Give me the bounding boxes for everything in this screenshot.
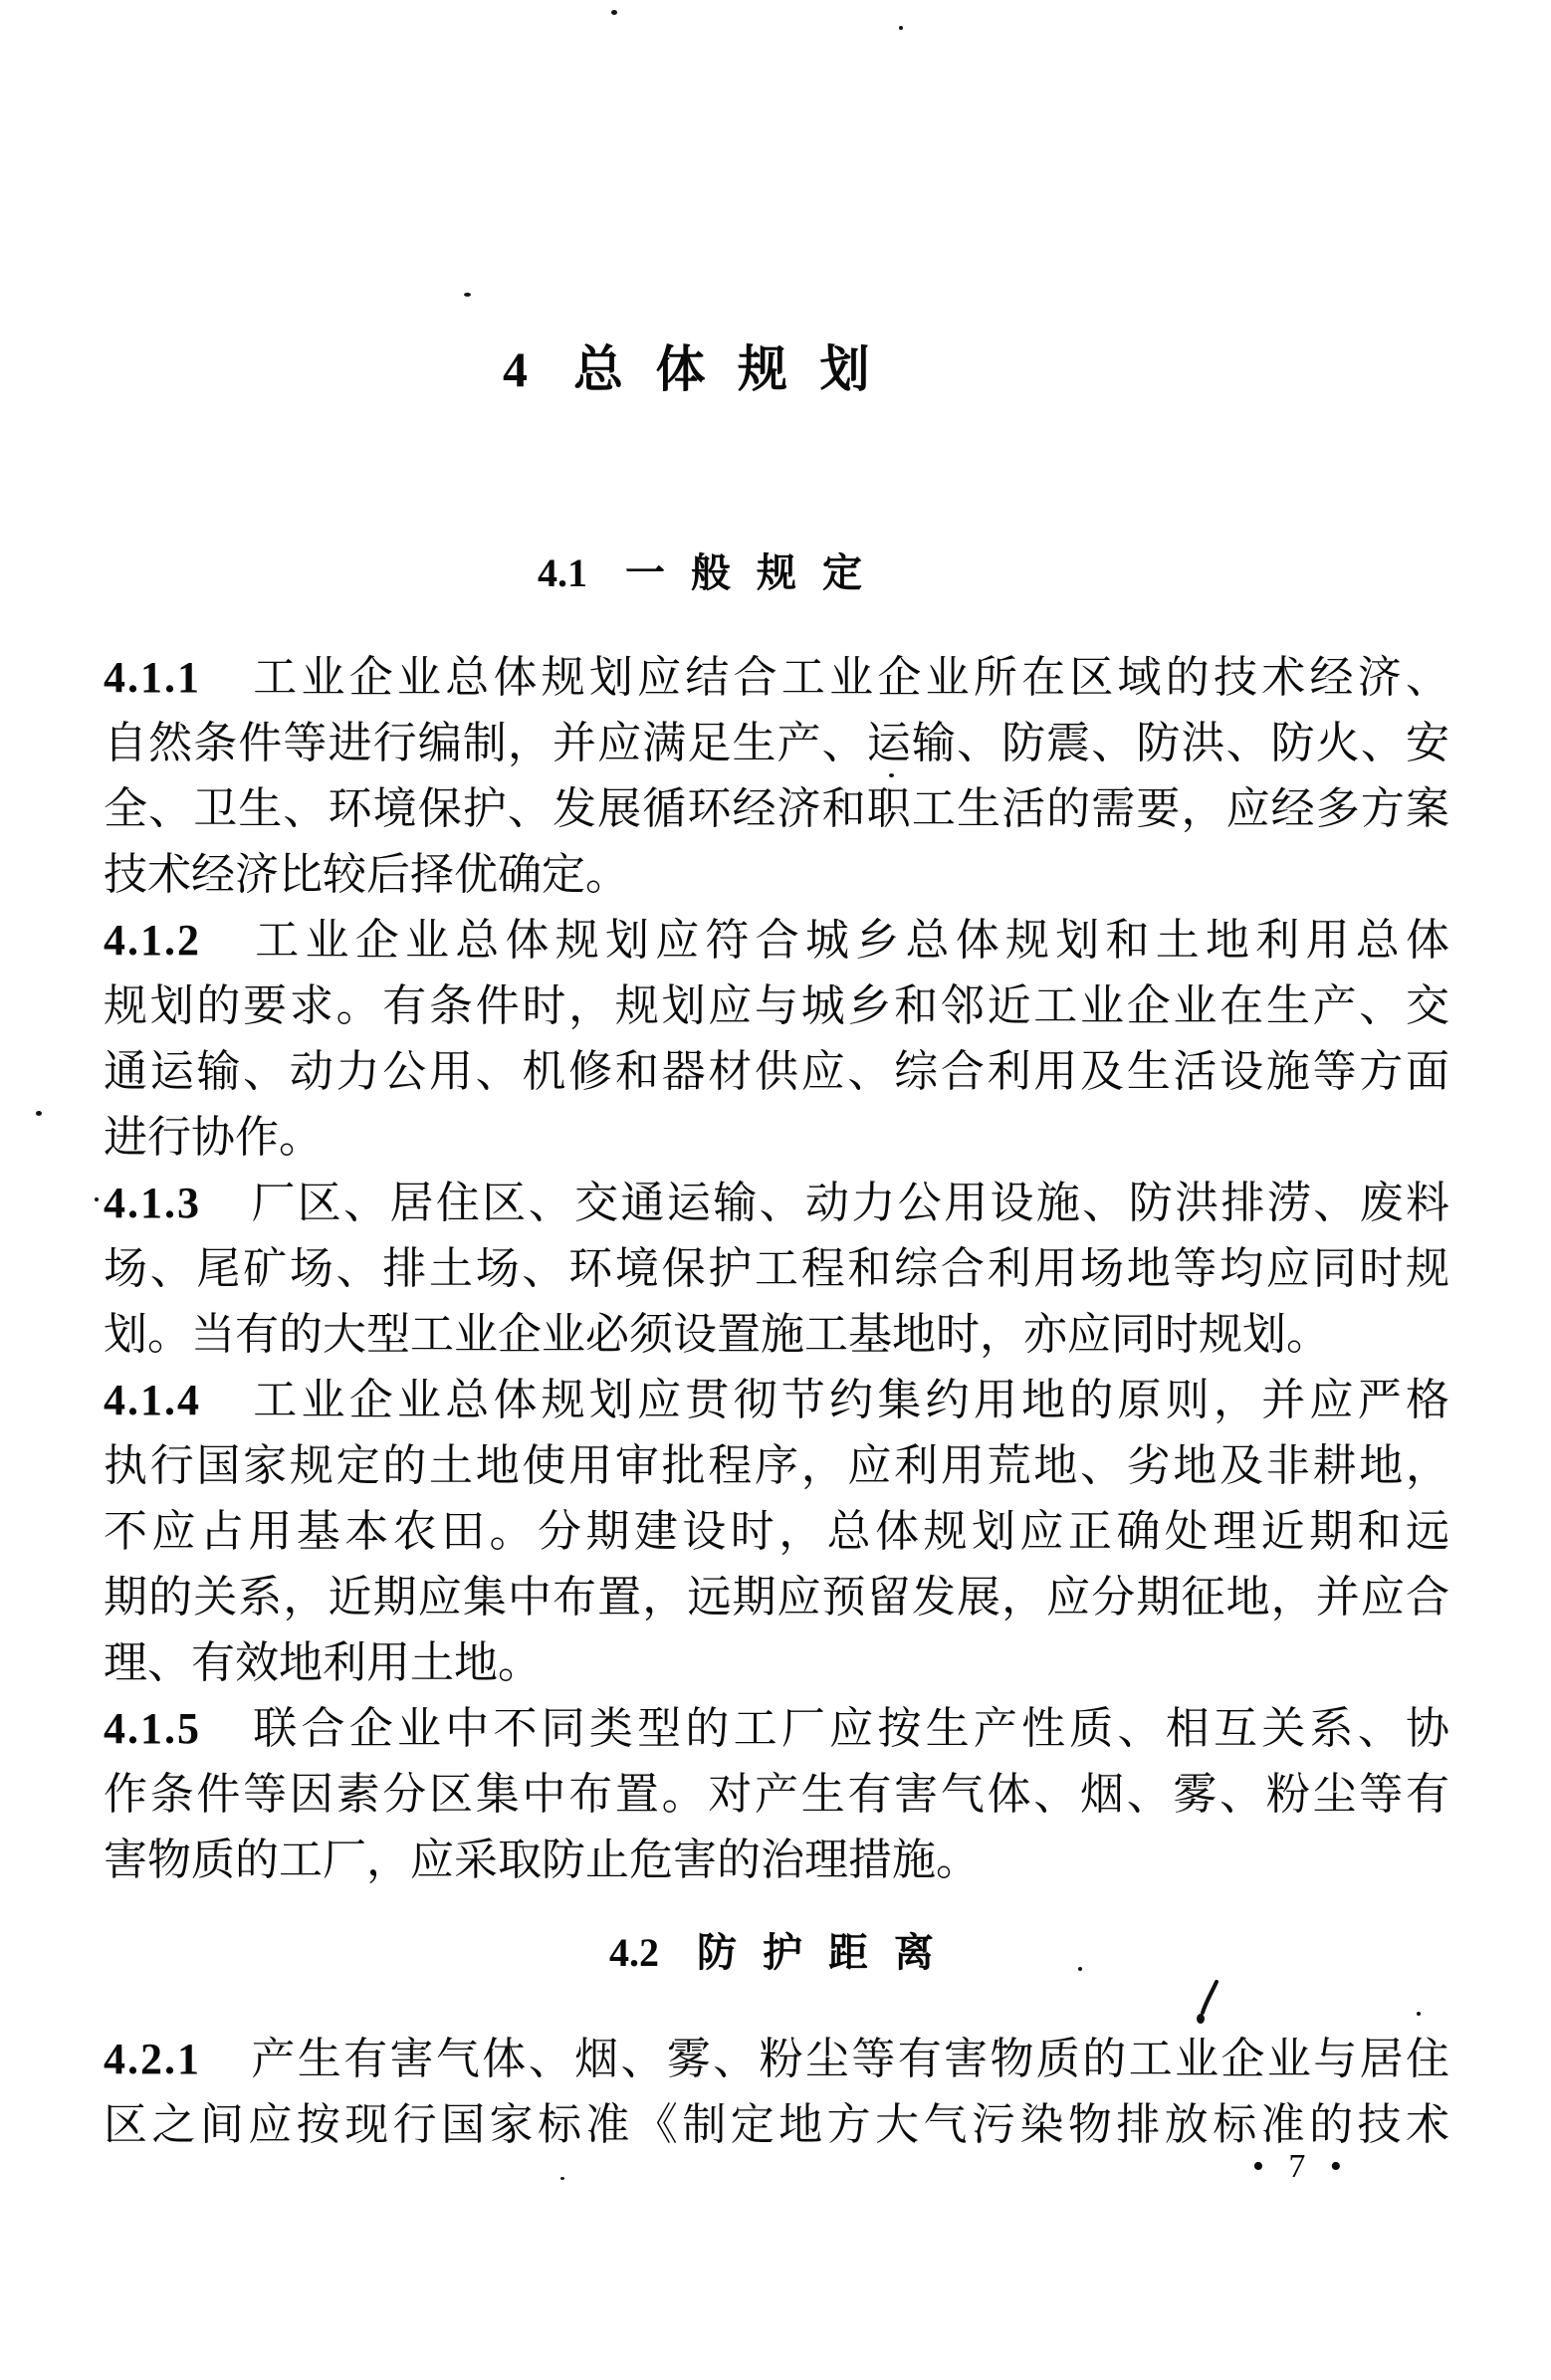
ink-speck <box>889 773 894 777</box>
clause-line: 通运输、动力公用、机修和器材供应、综合利用及生活设施等方面 <box>104 1039 1449 1105</box>
ink-speck <box>464 293 471 297</box>
clause-number: 4.2.1 <box>104 2035 201 2083</box>
clause-line: 全、卫生、环境保护、发展循环经济和职工生活的需要，应经多方案 <box>104 776 1449 842</box>
section-number: 4.2 <box>609 1930 659 1975</box>
clause-line: 不应占用基本农田。分期建设时，总体规划应正确处理近期和远 <box>104 1499 1449 1565</box>
section-4-1-body: 4.1.1工业企业总体规划应结合工业企业所在区域的技术经济、 自然条件等进行编制… <box>104 645 1449 1893</box>
clause-line: 4.1.5联合企业中不同类型的工厂应按生产性质、相互关系、协 <box>104 1696 1449 1762</box>
clause-text: 工业企业总体规划应贯彻节约集约用地的原则，并应严格 <box>249 1376 1449 1424</box>
clause-line: 4.1.2工业企业总体规划应符合城乡总体规划和土地利用总体 <box>104 908 1449 974</box>
clause-line: 作条件等因素分区集中布置。对产生有害气体、烟、雾、粉尘等有 <box>104 1762 1449 1828</box>
ink-speck <box>611 10 617 15</box>
clause-line: 进行协作。 <box>104 1105 1449 1171</box>
chapter-title: 总 体 规 划 <box>573 341 880 397</box>
ink-speck <box>36 1111 42 1116</box>
clause-text: 产生有害气体、烟、雾、粉尘等有害物质的工业企业与居住 <box>249 2035 1449 2083</box>
ink-speck <box>1435 2121 1440 2125</box>
clause-line: 4.2.1产生有害气体、烟、雾、粉尘等有害物质的工业企业与居住 <box>104 2027 1449 2092</box>
section-heading-4-1: 4.1一 般 规 定 <box>538 551 870 595</box>
clause-line: 区之间应按现行国家标准《制定地方大气污染物排放标准的技术 <box>104 2092 1449 2158</box>
ink-speck <box>899 26 903 30</box>
document-page: 4总 体 规 划 4.1一 般 规 定 4.1.1工业企业总体规划应结合工业企业… <box>0 0 1551 2380</box>
clause-line: 期的关系，近期应集中布置，远期应预留发展，应分期征地，并应合 <box>104 1565 1449 1630</box>
section-4-2-body: 4.2.1产生有害气体、烟、雾、粉尘等有害物质的工业企业与居住 区之间应按现行国… <box>104 2027 1449 2158</box>
clause-line: 执行国家规定的土地使用审批程序，应利用荒地、劣地及非耕地， <box>104 1433 1449 1499</box>
ink-mark <box>1195 1979 1220 2025</box>
clause-number: 4.1.1 <box>104 653 201 702</box>
clause-line: 技术经济比较后择优确定。 <box>104 842 1449 908</box>
ink-speck <box>1417 2012 1421 2016</box>
chapter-heading: 4总 体 规 划 <box>503 342 880 397</box>
clause-number: 4.1.3 <box>104 1179 201 1227</box>
clause-line: 自然条件等进行编制，并应满足生产、运输、防震、防洪、防火、安 <box>104 711 1449 776</box>
clause-number: 4.1.4 <box>104 1376 201 1424</box>
clause-line: 4.1.3厂区、居住区、交通运输、动力公用设施、防洪排涝、废料 <box>104 1171 1449 1236</box>
clause-text: 工业企业总体规划应结合工业企业所在区域的技术经济、 <box>249 653 1449 702</box>
clause-line: 划。当有的大型工业企业必须设置施工基地时，亦应同时规划。 <box>104 1302 1449 1368</box>
clause-number: 4.1.5 <box>104 1704 201 1753</box>
clause-line: 害物质的工厂，应采取防止危害的治理措施。 <box>104 1828 1449 1893</box>
clause-number: 4.1.2 <box>104 916 201 965</box>
clause-text: 厂区、居住区、交通运输、动力公用设施、防洪排涝、废料 <box>249 1179 1449 1227</box>
clause-line: 4.1.1工业企业总体规划应结合工业企业所在区域的技术经济、 <box>104 645 1449 711</box>
clause-line: 4.1.4工业企业总体规划应贯彻节约集约用地的原则，并应严格 <box>104 1368 1449 1433</box>
page-number: • 7 • <box>1252 2148 1350 2186</box>
section-heading-4-2: 4.2防 护 距 离 <box>609 1931 942 1975</box>
section-title: 一 般 规 定 <box>625 550 870 595</box>
clause-line: 理、有效地利用土地。 <box>104 1630 1449 1696</box>
clause-text: 工业企业总体规划应符合城乡总体规划和土地利用总体 <box>249 916 1449 965</box>
clause-line: 规划的要求。有条件时，规划应与城乡和邻近工业企业在生产、交 <box>104 974 1449 1039</box>
section-number: 4.1 <box>538 550 587 595</box>
ink-speck <box>1078 1967 1082 1971</box>
ink-speck <box>560 2177 564 2180</box>
clause-line: 场、尾矿场、排土场、环境保护工程和综合利用场地等均应同时规 <box>104 1236 1449 1302</box>
section-title: 防 护 距 离 <box>697 1930 942 1975</box>
clause-text: 联合企业中不同类型的工厂应按生产性质、相互关系、协 <box>249 1704 1449 1753</box>
chapter-number: 4 <box>503 341 528 397</box>
ink-speck <box>95 1197 99 1201</box>
